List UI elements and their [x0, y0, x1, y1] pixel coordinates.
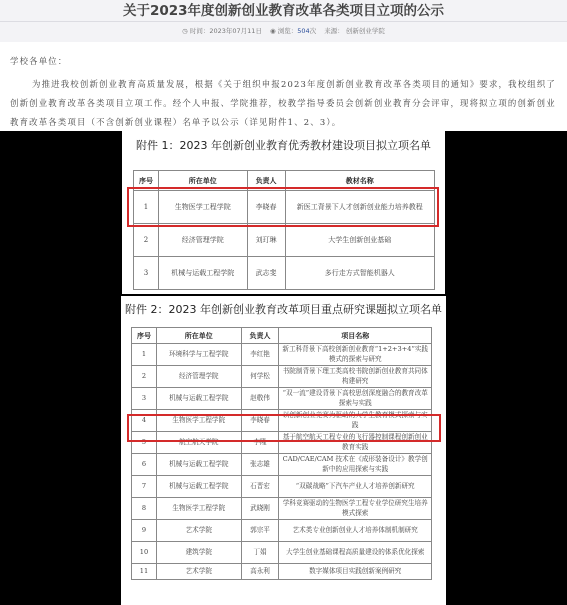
cell-unit: 机械与运载工程学院: [156, 388, 241, 410]
cell-index: 5: [132, 432, 157, 454]
article-meta: ◷ 时间：2023年07月11日 ◉ 浏览：504次 来源： 创新创业学院: [0, 26, 567, 36]
cell-title: 新医工背景下人才创新创业能力培养教程: [285, 191, 434, 224]
table-row: 11艺术学院高永利数字媒体项目实践创新案例研究: [132, 564, 432, 580]
table-row: 2 经济管理学院 刘玎琳 大学生创新创业基础: [134, 224, 435, 257]
cell-unit: 生物医学工程学院: [158, 191, 247, 224]
cell-title: 大学生创业基础课程高质量建设的体系优化探索: [279, 542, 432, 564]
col-header: 所在单位: [156, 328, 241, 344]
table-header-row: 序号 所在单位 负责人 教材名称: [134, 171, 435, 191]
cell-leader: 赵敬伟: [241, 388, 279, 410]
attachment-2-table: 序号 所在单位 负责人 项目名称 1环境科学与工程学院李红艳新工科背景下高校创新…: [131, 327, 432, 580]
cell-index: 11: [132, 564, 157, 580]
cell-index: 8: [132, 498, 157, 520]
cell-index: 2: [134, 224, 159, 257]
views-unit: 次: [310, 27, 317, 35]
cell-leader: 刘玎琳: [247, 224, 285, 257]
cell-title: 新工科背景下高校创新创业教育“1+2+3+4”实践模式的探索与研究: [279, 344, 432, 366]
col-header: 项目名称: [279, 328, 432, 344]
cell-leader: 李晓春: [247, 191, 285, 224]
cell-leader: 石晋宏: [241, 476, 279, 498]
table-row: 9艺术学院郭宗平艺术类专业创新创业人才培养体制机制研究: [132, 520, 432, 542]
table-row: 3机械与运载工程学院赵敬伟“双一流”建设背景下高校思创深度融合的教育改革探索与实…: [132, 388, 432, 410]
cell-unit: 机械与运载工程学院: [156, 454, 241, 476]
table-row: 5航空航天学院李隆基于航空航天工程专业的飞行器控制课程创新创业教育实践: [132, 432, 432, 454]
col-header: 负责人: [247, 171, 285, 191]
cell-unit: 机械与运载工程学院: [156, 476, 241, 498]
cell-leader: 何学松: [241, 366, 279, 388]
table-row: 8生物医学工程学院武晓刚学科竞赛驱动的生物医学工程专业学位研究生培养模式探索: [132, 498, 432, 520]
attachment-1-title: 附件 1：2023 年创新创业教育优秀教材建设项目拟立项名单: [122, 137, 445, 153]
table-header-row: 序号 所在单位 负责人 项目名称: [132, 328, 432, 344]
col-header: 教材名称: [285, 171, 434, 191]
cell-leader: 武志斐: [247, 257, 285, 290]
cell-leader: 李隆: [241, 432, 279, 454]
cell-unit: 艺术学院: [156, 564, 241, 580]
col-header: 序号: [134, 171, 159, 191]
cell-leader: 李晓春: [241, 410, 279, 432]
publish-time: ◷ 时间：2023年07月11日: [182, 27, 262, 35]
cell-leader: 高永利: [241, 564, 279, 580]
eye-icon-label: ◉ 浏览：: [270, 27, 297, 35]
cell-leader: 武晓刚: [241, 498, 279, 520]
table-row: 2经济管理学院何学松书院制背景下理工类高校书院创新创业教育共同体构建研究: [132, 366, 432, 388]
cell-title: 书院制背景下理工类高校书院创新创业教育共同体构建研究: [279, 366, 432, 388]
col-header: 序号: [132, 328, 157, 344]
table-row: 1 生物医学工程学院 李晓春 新医工背景下人才创新创业能力培养教程: [134, 191, 435, 224]
col-header: 所在单位: [158, 171, 247, 191]
cell-title: 多行走方式智能机器人: [285, 257, 434, 290]
table-row: 10建筑学院丁娟大学生创业基础课程高质量建设的体系优化探索: [132, 542, 432, 564]
cell-index: 3: [134, 257, 159, 290]
cell-index: 10: [132, 542, 157, 564]
cell-title: 艺术类专业创新创业人才培养体制机制研究: [279, 520, 432, 542]
cell-index: 2: [132, 366, 157, 388]
views-number: 504: [297, 27, 309, 35]
page-title: 关于2023年度创新创业教育改革各类项目立项的公示: [0, 2, 567, 20]
cell-unit: 生物医学工程学院: [156, 498, 241, 520]
page-header: 关于2023年度创新创业教育改革各类项目立项的公示 ◷ 时间：2023年07月1…: [0, 0, 567, 42]
attachment-2-title: 附件 2：2023 年创新创业教育改革项目重点研究课题拟立项名单: [121, 301, 446, 317]
cell-leader: 李红艳: [241, 344, 279, 366]
cell-title: 数字媒体项目实践创新案例研究: [279, 564, 432, 580]
col-header: 负责人: [241, 328, 279, 344]
source: 来源： 创新创业学院: [324, 27, 385, 35]
table-row: 1环境科学与工程学院李红艳新工科背景下高校创新创业教育“1+2+3+4”实践模式…: [132, 344, 432, 366]
cell-unit: 环境科学与工程学院: [156, 344, 241, 366]
cell-index: 4: [132, 410, 157, 432]
cell-unit: 机械与运载工程学院: [158, 257, 247, 290]
cell-title: 以创新创业竞赛为驱动的大学生教育模式探索与实践: [279, 410, 432, 432]
attachment-2-image: 附件 2：2023 年创新创业教育改革项目重点研究课题拟立项名单 序号 所在单位…: [121, 296, 446, 605]
cell-leader: 丁娟: [241, 542, 279, 564]
cell-index: 1: [134, 191, 159, 224]
cell-unit: 建筑学院: [156, 542, 241, 564]
attachment-1-image: 附件 1：2023 年创新创业教育优秀教材建设项目拟立项名单 序号 所在单位 负…: [122, 131, 445, 294]
table-row: 6机械与运载工程学院张志雄CAD/CAE/CAM 技术在《成形装备设计》教学创新…: [132, 454, 432, 476]
header-divider: [0, 21, 567, 22]
cell-unit: 经济管理学院: [156, 366, 241, 388]
cell-unit: 艺术学院: [156, 520, 241, 542]
table-row: 4生物医学工程学院李晓春以创新创业竞赛为驱动的大学生教育模式探索与实践: [132, 410, 432, 432]
cell-unit: 生物医学工程学院: [156, 410, 241, 432]
greeting: 学校各单位：: [10, 52, 558, 71]
cell-index: 3: [132, 388, 157, 410]
cell-index: 7: [132, 476, 157, 498]
cell-index: 6: [132, 454, 157, 476]
intro-paragraph: 为推进我校创新创业教育高质量发展，根据《关于组织申报2023年度创新创业教育改革…: [10, 75, 558, 132]
cell-title: CAD/CAE/CAM 技术在《成形装备设计》教学创新中的应用探索与实践: [279, 454, 432, 476]
attachment-1-table: 序号 所在单位 负责人 教材名称 1 生物医学工程学院 李晓春 新医工背景下人才…: [133, 170, 435, 290]
table-row: 7机械与运载工程学院石晋宏“双碳战略”下汽车产业人才培养创新研究: [132, 476, 432, 498]
cell-unit: 经济管理学院: [158, 224, 247, 257]
article-body: 学校各单位： 为推进我校创新创业教育高质量发展，根据《关于组织申报2023年度创…: [10, 52, 558, 132]
cell-title: “双碳战略”下汽车产业人才培养创新研究: [279, 476, 432, 498]
cell-index: 1: [132, 344, 157, 366]
cell-title: “双一流”建设背景下高校思创深度融合的教育改革探索与实践: [279, 388, 432, 410]
cell-title: 基于航空航天工程专业的飞行器控制课程创新创业教育实践: [279, 432, 432, 454]
cell-leader: 郭宗平: [241, 520, 279, 542]
cell-unit: 航空航天学院: [156, 432, 241, 454]
cell-index: 9: [132, 520, 157, 542]
table-row: 3 机械与运载工程学院 武志斐 多行走方式智能机器人: [134, 257, 435, 290]
cell-title: 学科竞赛驱动的生物医学工程专业学位研究生培养模式探索: [279, 498, 432, 520]
cell-title: 大学生创新创业基础: [285, 224, 434, 257]
view-count: ◉ 浏览：504次: [270, 27, 316, 35]
cell-leader: 张志雄: [241, 454, 279, 476]
